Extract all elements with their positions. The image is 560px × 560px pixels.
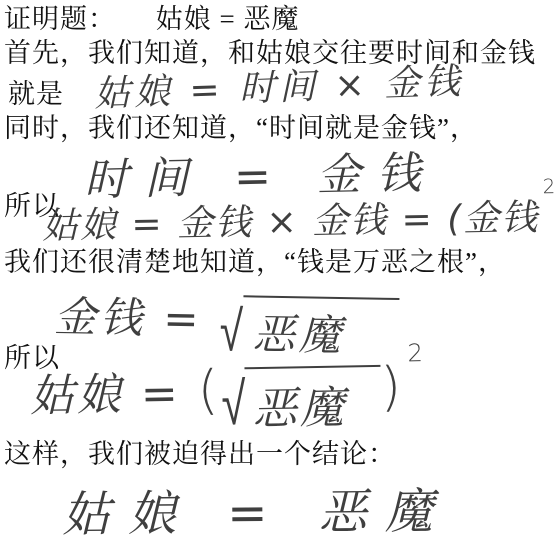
- open-paren: (: [197, 360, 222, 421]
- handwritten-eq-girl-sqrt-squared: 姑娘 = (√恶魔)2: [29, 353, 424, 441]
- eq3-exponent: 2: [542, 175, 555, 198]
- sqrt-radical: √恶魔: [221, 365, 381, 438]
- handwritten-eq-conclusion: 姑娘 = 恶魔: [62, 473, 451, 545]
- title-claim: 姑娘 = 恶魔: [156, 4, 300, 34]
- title-label: 证明题：: [4, 4, 116, 34]
- handwritten-eq-girl-money-squared: 姑娘 = 金钱 × 金钱 = (金钱2: [42, 189, 557, 249]
- eq4-lhs: 金钱 =: [54, 292, 221, 344]
- handwritten-eq-money-sqrt-evil: 金钱 = √恶魔: [53, 284, 399, 364]
- eq5-lhs: 姑娘 =: [29, 368, 198, 422]
- eq5-radicand: 恶魔: [244, 365, 381, 437]
- title-row: 证明题： 姑娘 = 恶魔: [4, 3, 299, 35]
- connector-jiushi: 就是: [8, 78, 64, 110]
- eq5-exponent: 2: [407, 339, 423, 367]
- proof-page: 证明题： 姑娘 = 恶魔 首先，我们知道，和姑娘交往要时间和金钱 就是 姑娘 =…: [0, 0, 560, 560]
- eq3-main: 姑娘 = 金钱 × 金钱 = (金钱: [42, 197, 540, 247]
- sqrt-sign-icon: √: [221, 370, 249, 439]
- conclusion-intro-line: 这样，我们被迫得出一个结论：: [4, 438, 396, 470]
- money-evil-root-line: 我们还很清楚地知道，“钱是万恶之根”，: [4, 246, 506, 278]
- close-paren: ): [380, 356, 405, 417]
- sqrt-sign-icon: √: [219, 298, 247, 365]
